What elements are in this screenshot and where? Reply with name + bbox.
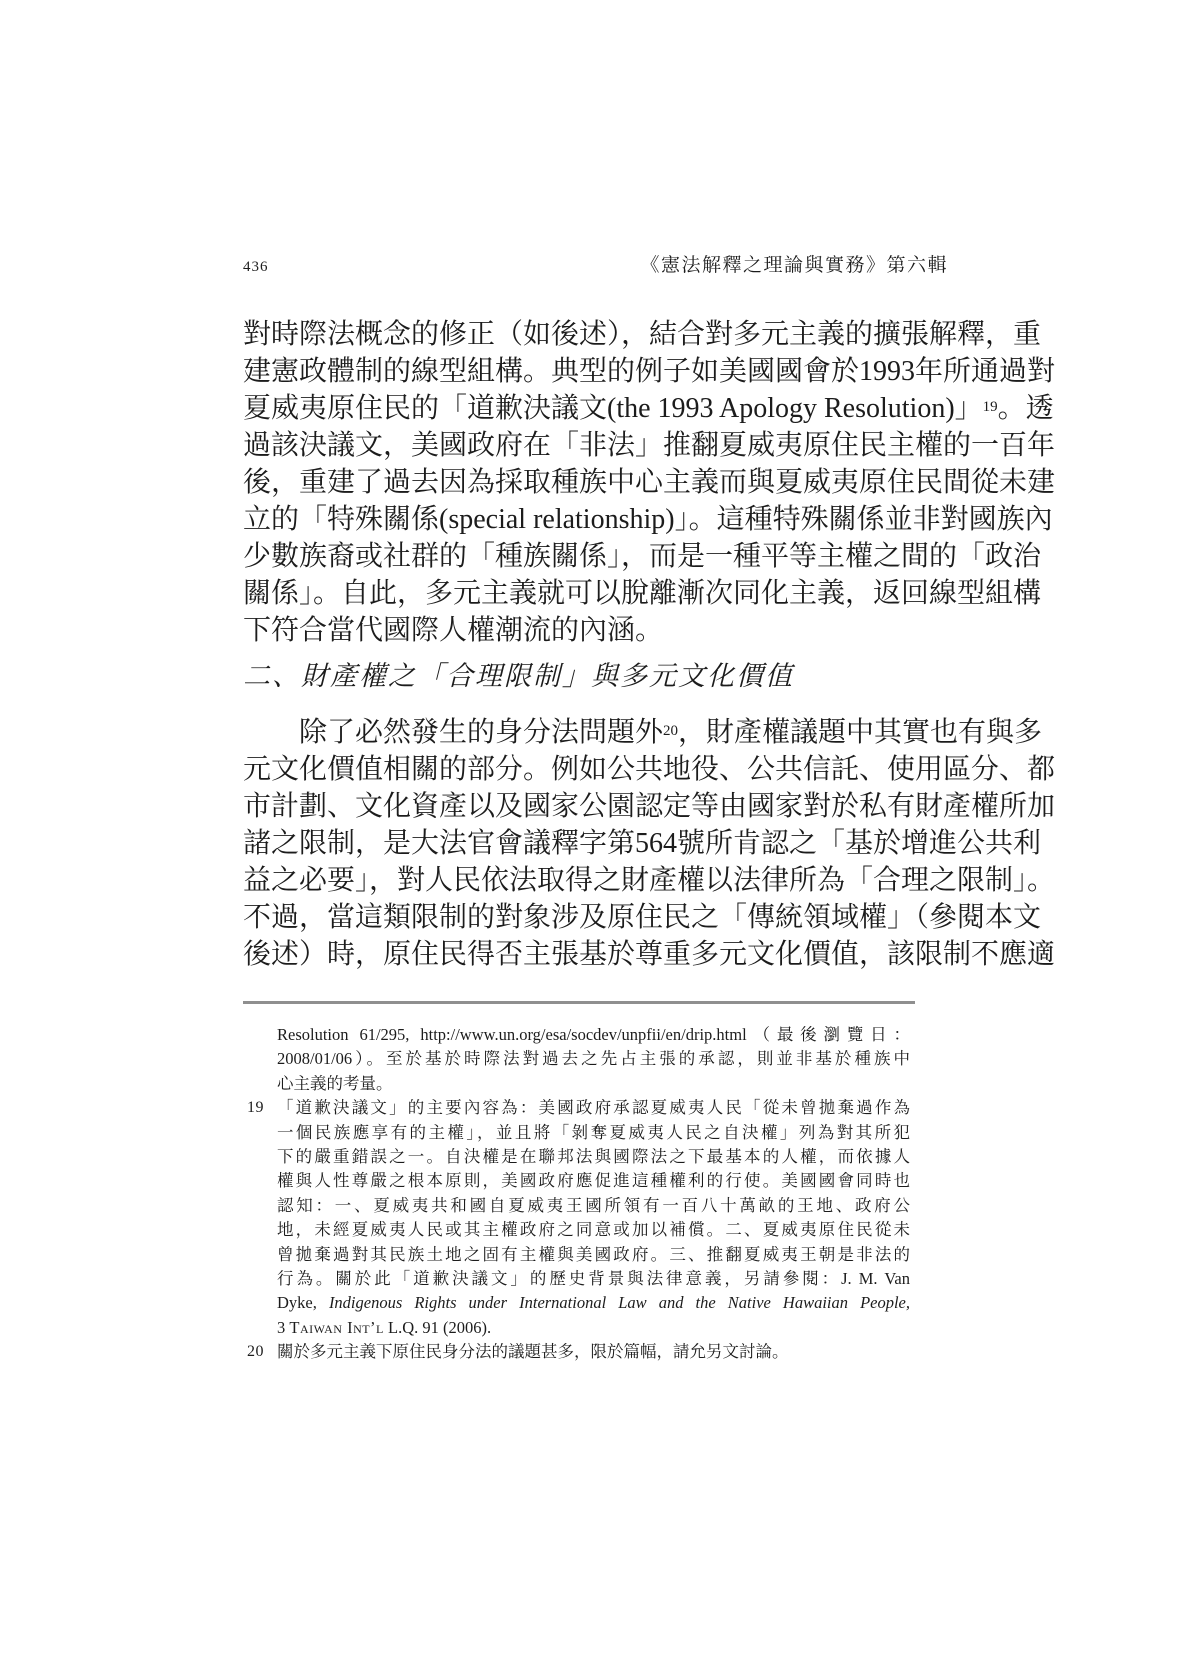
- body-line: 除了必然發生的身分法問題外20，財產權議題中其實也有與多: [243, 714, 948, 751]
- page-header: 436 《憲法解釋之理論與實務》第六輯: [243, 250, 948, 277]
- footnote-line: 地，未經夏威夷人民或其主權政府之同意或加以補償。二、夏威夷原住民從未: [277, 1218, 910, 1242]
- body-line: 元文化價值相關的部分。例如公共地役、公共信託、使用區分、都: [243, 751, 948, 788]
- footnote-text: 「道歉決議文」的主要內容為：美國政府承認夏威夷人民「從未曾拋棄過作為: [277, 1098, 910, 1117]
- footnote-reference-19: 19: [983, 399, 998, 415]
- footnote-line: 下的嚴重錯誤之一。自決權是在聯邦法與國際法之下最基本的人權，而依據人: [277, 1145, 910, 1169]
- footnote-number-19: 19: [247, 1096, 264, 1120]
- footnote-line: 19「道歉決議文」的主要內容為：美國政府承認夏威夷人民「從未曾拋棄過作為: [277, 1096, 910, 1120]
- body-line: 夏威夷原住民的「道歉決議文(the 1993 Apology Resolutio…: [243, 390, 948, 427]
- footnote-line: 行為。關於此「道歉決議文」的歷史背景與法律意義，另請參閱：J. M. Van: [277, 1267, 910, 1291]
- body-text: 夏威夷原住民的「道歉決議文(the 1993 Apology Resolutio…: [243, 393, 983, 424]
- body-line: 益之必要」，對人民依法取得之財產權以法律所為「合理之限制」。: [243, 862, 948, 899]
- page-number: 436: [243, 259, 269, 276]
- body-line: 對時際法概念的修正（如後述），結合對多元主義的擴張解釋，重: [243, 316, 948, 353]
- footnote-line: 認知：一、夏威夷共和國自夏威夷王國所領有一百八十萬畝的王地、政府公: [277, 1194, 910, 1218]
- body-line: 市計劃、文化資產以及國家公園認定等由國家對於私有財產權所加: [243, 788, 948, 825]
- footnote-reference-20: 20: [663, 723, 678, 739]
- footnote-line: 2008/01/06）。至於基於時際法對過去之先占主張的承認，則並非基於種族中: [277, 1047, 910, 1071]
- footnote-line: 權與人性尊嚴之根本原則，美國政府應促進這種權利的行使。美國國會同時也: [277, 1169, 910, 1193]
- section-heading: 二、財產權之「合理限制」與多元文化價值: [243, 656, 948, 696]
- footnote-line: Resolution 61/295, http://www.un.org/esa…: [277, 1023, 910, 1047]
- footnote-line: 心主義的考量。: [277, 1072, 910, 1096]
- citation-title: Indigenous Rights under International La…: [329, 1293, 910, 1312]
- body-text: 除了必然發生的身分法問題外: [299, 717, 663, 748]
- body-line: 少數族裔或社群的「種族關係」，而是一種平等主權之間的「政治: [243, 538, 948, 575]
- footnote-line: 3 Taiwan Int’l L.Q. 91 (2006).: [277, 1316, 910, 1340]
- body-line: 後，重建了過去因為採取種族中心主義而與夏威夷原住民間從未建: [243, 464, 948, 501]
- body-line: 過該決議文，美國政府在「非法」推翻夏威夷原住民主權的一百年: [243, 427, 948, 464]
- footnotes: Resolution 61/295, http://www.un.org/esa…: [277, 1023, 910, 1364]
- body-text: 。透: [998, 393, 1054, 424]
- body-line: 關係」。自此，多元主義就可以脫離漸次同化主義，返回線型組構: [243, 575, 948, 612]
- running-title: 《憲法解釋之理論與實務》第六輯: [640, 250, 948, 277]
- citation-pages: L.Q. 91 (2006).: [384, 1318, 491, 1337]
- footnote-line: 20關於多元主義下原住民身分法的議題甚多，限於篇幅，請允另文討論。: [277, 1340, 910, 1364]
- footnote-line: Dyke, Indigenous Rights under Internatio…: [277, 1291, 910, 1315]
- citation-author: Dyke,: [277, 1293, 329, 1312]
- book-page: 436 《憲法解釋之理論與實務》第六輯 對時際法概念的修正（如後述），結合對多元…: [0, 0, 1177, 1664]
- footnote-divider: [243, 1001, 915, 1004]
- citation-journal: Taiwan Int’l: [289, 1318, 384, 1337]
- body-line: 後述）時，原住民得否主張基於尊重多元文化價值，該限制不應適: [243, 936, 948, 973]
- body-line: 下符合當代國際人權潮流的內涵。: [243, 612, 948, 649]
- body-line: 不過，當這類限制的對象涉及原住民之「傳統領域權」（參閱本文: [243, 899, 948, 936]
- footnote-line: 一個民族應享有的主權」，並且將「剝奪夏威夷人民之自決權」列為對其所犯: [277, 1121, 910, 1145]
- paragraph-2: 除了必然發生的身分法問題外20，財產權議題中其實也有與多 元文化價值相關的部分。…: [243, 714, 948, 973]
- body-line: 立的「特殊關係(special relationship)」。這種特殊關係並非對…: [243, 501, 948, 538]
- footnote-line: 曾拋棄過對其民族土地之固有主權與美國政府。三、推翻夏威夷王朝是非法的: [277, 1243, 910, 1267]
- footnote-text: 關於多元主義下原住民身分法的議題甚多，限於篇幅，請允另文討論。: [277, 1342, 789, 1361]
- paragraph-1: 對時際法概念的修正（如後述），結合對多元主義的擴張解釋，重 建憲政體制的線型組構…: [243, 316, 948, 649]
- citation-volume: 3: [277, 1318, 289, 1337]
- body-line: 諸之限制，是大法官會議釋字第564號所肯認之「基於增進公共利: [243, 825, 948, 862]
- footnote-number-20: 20: [247, 1340, 264, 1364]
- body-text: ，財產權議題中其實也有與多: [678, 717, 1042, 748]
- body-line: 建憲政體制的線型組構。典型的例子如美國國會於1993年所通過對: [243, 353, 948, 390]
